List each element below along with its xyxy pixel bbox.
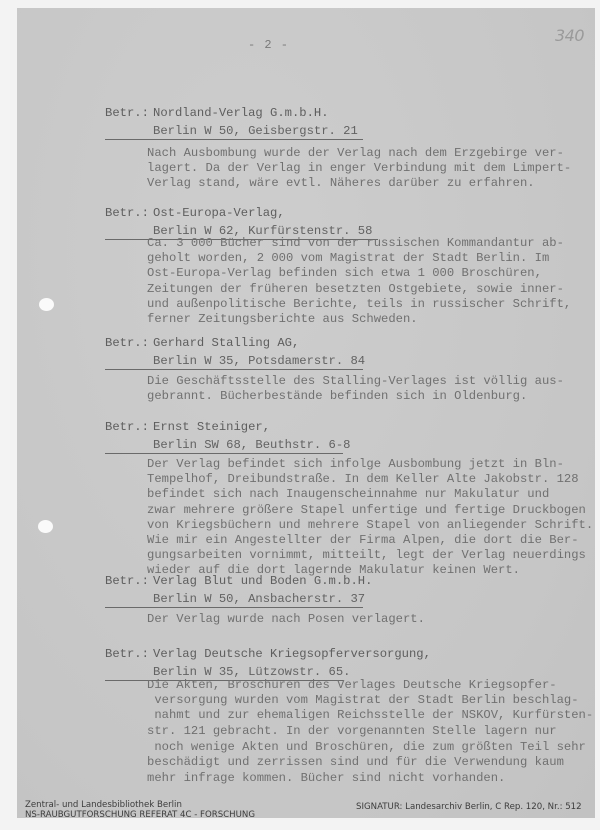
page-number: - 2 - [248, 38, 289, 52]
folio-number: 340 [555, 26, 584, 45]
betr-label: Betr.: [105, 206, 153, 221]
entry-body: Der Verlag wurde nach Posen verlagert. [147, 612, 425, 627]
entry-address: Berlin W 50, Ansbacherstr. 37 [105, 592, 363, 608]
entry-nordland: Betr.:Nordland-Verlag G.m.b.H. Berlin W … [105, 106, 363, 140]
footer-signature: SIGNATUR: Landesarchiv Berlin, C Rep. 12… [356, 803, 582, 813]
entry-kriegsopferversorgung: Betr.:Verlag Deutsche Kriegsopferversorg… [105, 647, 431, 681]
entry-body-continued: str. 121 gebracht. In der vorgenannten S… [147, 724, 586, 786]
entry-body: Nach Ausbombung wurde der Verlag nach de… [147, 146, 571, 192]
betr-label: Betr.: [105, 420, 153, 435]
entry-address: Berlin SW 68, Beuthstr. 6-8 [105, 438, 343, 454]
entry-body: Die Geschäftsstelle des Stalling-Verlage… [147, 374, 564, 404]
entry-body: Die Akten, Broschüren des Verlages Deuts… [147, 678, 593, 724]
betr-label: Betr.: [105, 336, 153, 351]
entry-body: Der Verlag befindet sich infolge Ausbomb… [147, 457, 593, 579]
entry-name: Ernst Steiniger, [153, 420, 270, 434]
entry-body: Ca. 3 000 Bücher sind von der russischen… [147, 236, 571, 327]
entry-ost-europa: Betr.:Ost-Europa-Verlag, Berlin W 62, Ku… [105, 206, 378, 240]
entry-name: Verlag Blut und Boden G.m.b.H. [153, 574, 372, 588]
entry-name: Ost-Europa-Verlag, [153, 206, 285, 220]
entry-steiniger: Betr.:Ernst Steiniger, Berlin SW 68, Beu… [105, 420, 343, 454]
punch-hole [39, 298, 54, 311]
entry-address: Berlin W 35, Potsdamerstr. 84 [105, 354, 363, 370]
entry-blut-und-boden: Betr.:Verlag Blut und Boden G.m.b.H. Ber… [105, 574, 372, 608]
betr-label: Betr.: [105, 647, 153, 662]
footer-institution: Zentral- und Landesbibliothek BerlinNS-R… [25, 801, 255, 820]
betr-label: Betr.: [105, 574, 153, 589]
entry-stalling: Betr.:Gerhard Stalling AG, Berlin W 35, … [105, 336, 363, 370]
entry-name: Nordland-Verlag G.m.b.H. [153, 106, 329, 120]
betr-label: Betr.: [105, 106, 153, 121]
punch-hole [38, 520, 53, 533]
entry-address: Berlin W 50, Geisbergstr. 21 [105, 124, 363, 140]
entry-name: Gerhard Stalling AG, [153, 336, 299, 350]
entry-name: Verlag Deutsche Kriegsopferversorgung, [153, 647, 431, 661]
